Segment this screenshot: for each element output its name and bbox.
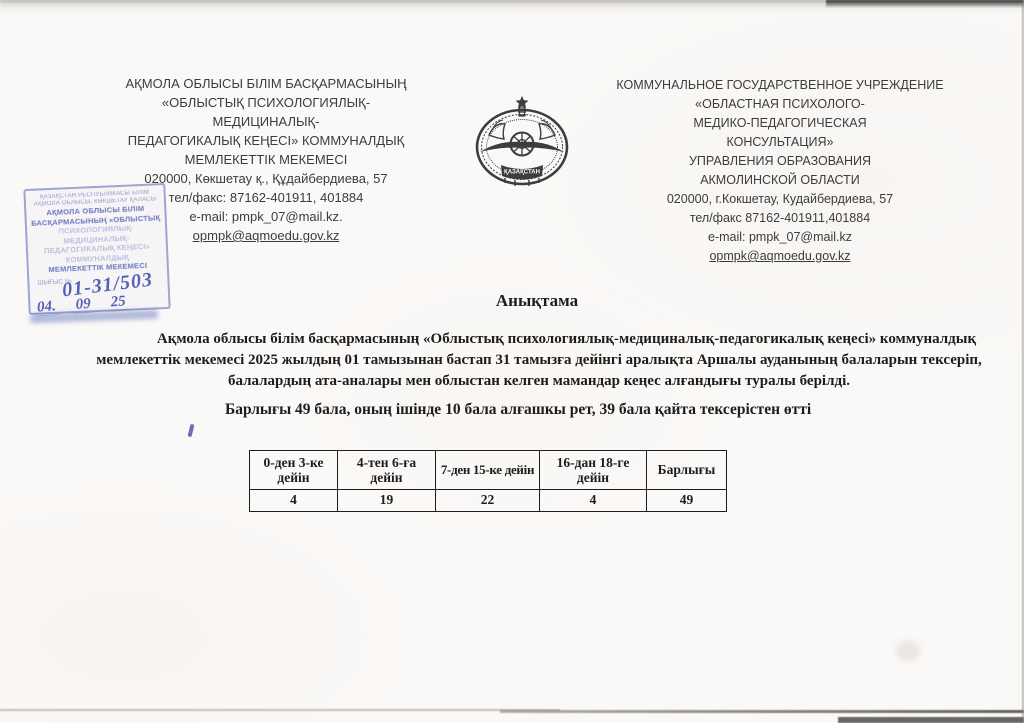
org-email: e-mail: pmpk_07@mail.kz [598, 228, 962, 247]
letterhead-russian: КОММУНАЛЬНОЕ ГОСУДАРСТВЕННОЕ УЧРЕЖДЕНИЕ … [598, 76, 962, 266]
org-name-line: МЕМЛЕКЕТТІК МЕКЕМЕСІ [88, 150, 444, 169]
pen-mark [187, 424, 194, 438]
kazakhstan-coat-of-arms-icon: ҚАЗАҚСТАН [471, 95, 573, 191]
org-name-line: «ОБЛАСТНАЯ ПСИХОЛОГО- [598, 95, 962, 114]
scan-artifact-bottom-edge [0, 709, 560, 711]
org-name-line: АҚМОЛА ОБЛЫСЫ БІЛІМ БАСҚАРМАСЫНЫҢ [88, 74, 444, 93]
table-header-row: 0-ден 3-ке дейін 4-тен 6-ға дейін 7-ден … [250, 451, 727, 490]
org-phone: тел/факс 87162-401911,401884 [598, 209, 962, 228]
org-name-line: «ОБЛЫСТЫҚ ПСИХОЛОГИЯЛЫҚ- [88, 93, 444, 112]
org-email-secondary: opmpk@aqmoedu.gov.kz [598, 247, 962, 266]
scanned-document-page: АҚМОЛА ОБЛЫСЫ БІЛІМ БАСҚАРМАСЫНЫҢ «ОБЛЫС… [0, 0, 1024, 723]
document-summary-line: Барлығы 49 бала, оның ішінде 10 бала алғ… [225, 401, 985, 419]
table-header-cell: 0-ден 3-ке дейін [250, 451, 338, 490]
scan-smudge [895, 640, 921, 662]
document-paragraph: Ақмола облысы білім басқармасының «Облыс… [58, 329, 1020, 392]
org-name-line: МЕДИКО-ПЕДАГОГИЧЕСКАЯ [598, 114, 962, 133]
org-address: 020000, г.Кокшетау, Кудайбердиева, 57 [598, 190, 962, 209]
table-value-cell: 22 [436, 490, 540, 512]
table-header-cell: 4-тен 6-ға дейін [338, 451, 436, 490]
scan-artifact-bottom-right-band [838, 717, 1024, 723]
emblem-star [516, 96, 529, 108]
table-value-cell: 49 [647, 490, 727, 512]
scan-artifact-top-right-edge [826, 0, 1024, 8]
org-name-line: ПЕДАГОГИКАЛЫҚ КЕҢЕСІ» КОММУНАЛДЫҚ [88, 131, 444, 150]
org-name-line: МЕДИЦИНАЛЫҚ- [88, 112, 444, 131]
org-name-line: КОНСУЛЬТАЦИЯ» [598, 133, 962, 152]
scan-artifact-bottom-edge-dark [500, 710, 1024, 713]
emblem-banner-label: ҚАЗАҚСТАН [504, 170, 540, 176]
org-name-line: КОММУНАЛЬНОЕ ГОСУДАРСТВЕННОЕ УЧРЕЖДЕНИЕ [598, 76, 962, 95]
table-value-cell: 4 [540, 490, 647, 512]
table-value-cell: 19 [338, 490, 436, 512]
table-value-cell: 4 [250, 490, 338, 512]
org-name-line: УПРАВЛЕНИЯ ОБРАЗОВАНИЯ [598, 152, 962, 171]
org-name-line: АКМОЛИНСКОЙ ОБЛАСТИ [598, 171, 962, 190]
document-title: Анықтама [0, 291, 1024, 311]
table-value-row: 4 19 22 4 49 [250, 490, 727, 512]
table-header-cell: Барлығы [647, 451, 727, 490]
age-distribution-table: 0-ден 3-ке дейін 4-тен 6-ға дейін 7-ден … [249, 450, 727, 512]
table-header-cell: 16-дан 18-ге дейін [540, 451, 647, 490]
table-header-cell: 7-ден 15-ке дейін [436, 451, 540, 490]
